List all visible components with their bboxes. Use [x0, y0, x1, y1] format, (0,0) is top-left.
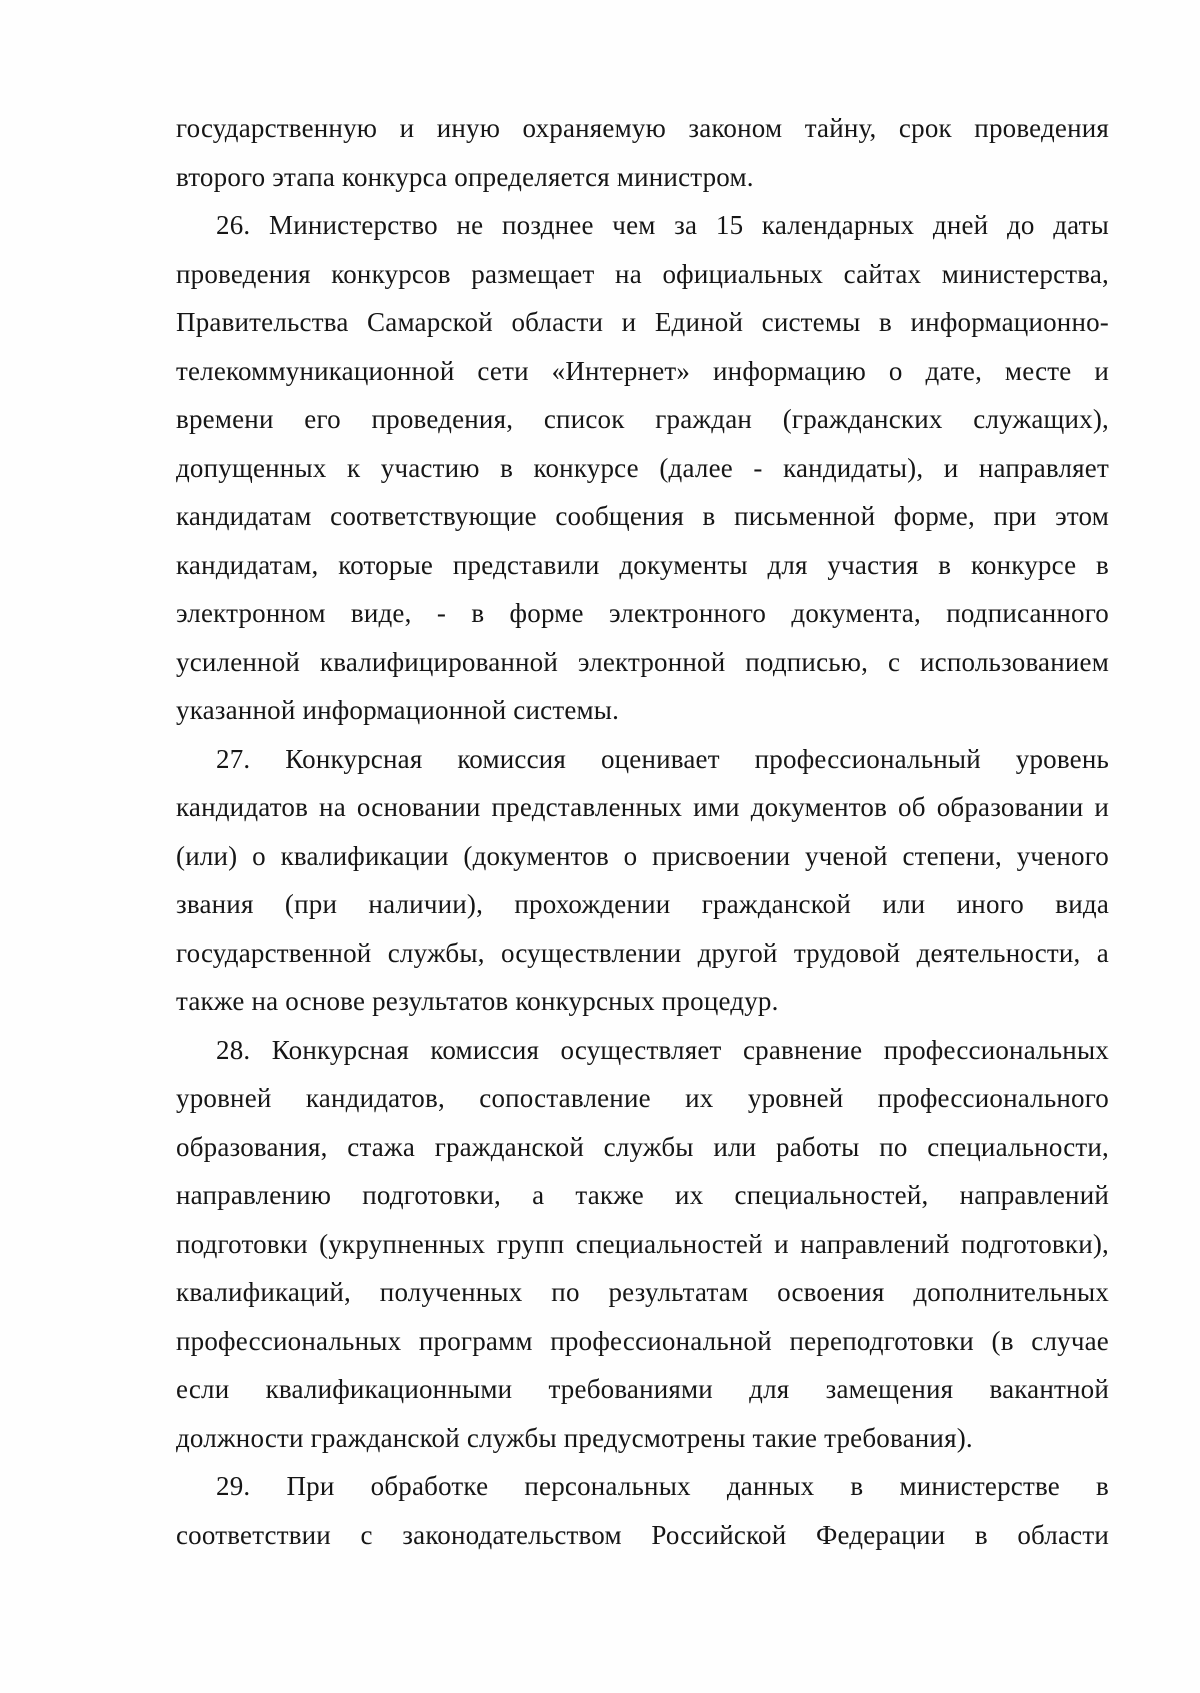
- text-line: также на основе результатов конкурсных п…: [176, 977, 1109, 1026]
- paragraph: 26. Министерство не позднее чем за 15 ка…: [176, 201, 1109, 735]
- text-line: Правительства Самарской области и Единой…: [176, 298, 1109, 347]
- text-line: кандидатов на основании представленных и…: [176, 783, 1109, 832]
- text-line: указанной информационной системы.: [176, 686, 1109, 735]
- document-text: государственную и иную охраняемую законо…: [176, 104, 1109, 1559]
- text-line: 29. При обработке персональных данных в …: [176, 1462, 1109, 1511]
- text-line: подготовки (укрупненных групп специально…: [176, 1220, 1109, 1269]
- text-line: должности гражданской службы предусмотре…: [176, 1414, 1109, 1463]
- text-line: допущенных к участию в конкурсе (далее -…: [176, 444, 1109, 493]
- text-line: проведения конкурсов размещает на официа…: [176, 250, 1109, 299]
- text-line: второго этапа конкурса определяется мини…: [176, 153, 1109, 202]
- text-line: образования, стажа гражданской службы ил…: [176, 1123, 1109, 1172]
- text-line: кандидатам, которые представили документ…: [176, 541, 1109, 590]
- text-line: соответствии с законодательством Российс…: [176, 1511, 1109, 1560]
- text-line: если квалификационными требованиями для …: [176, 1365, 1109, 1414]
- text-line: кандидатам соответствующие сообщения в п…: [176, 492, 1109, 541]
- text-line: 26. Министерство не позднее чем за 15 ка…: [176, 201, 1109, 250]
- text-line: направлению подготовки, а также их специ…: [176, 1171, 1109, 1220]
- paragraph: государственную и иную охраняемую законо…: [176, 104, 1109, 201]
- text-line: усиленной квалифицированной электронной …: [176, 638, 1109, 687]
- text-line: 27. Конкурсная комиссия оценивает профес…: [176, 735, 1109, 784]
- text-line: телекоммуникационной сети «Интернет» инф…: [176, 347, 1109, 396]
- document-page: государственную и иную охраняемую законо…: [0, 0, 1200, 1693]
- text-line: квалификаций, полученных по результатам …: [176, 1268, 1109, 1317]
- text-line: уровней кандидатов, сопоставление их уро…: [176, 1074, 1109, 1123]
- text-line: электронном виде, - в форме электронного…: [176, 589, 1109, 638]
- paragraph: 28. Конкурсная комиссия осуществляет сра…: [176, 1026, 1109, 1463]
- paragraph: 29. При обработке персональных данных в …: [176, 1462, 1109, 1559]
- text-line: 28. Конкурсная комиссия осуществляет сра…: [176, 1026, 1109, 1075]
- paragraph: 27. Конкурсная комиссия оценивает профес…: [176, 735, 1109, 1026]
- text-line: времени его проведения, список граждан (…: [176, 395, 1109, 444]
- text-line: государственную и иную охраняемую законо…: [176, 104, 1109, 153]
- text-line: государственной службы, осуществлении др…: [176, 929, 1109, 978]
- text-line: профессиональных программ профессиональн…: [176, 1317, 1109, 1366]
- text-line: звания (при наличии), прохождении гражда…: [176, 880, 1109, 929]
- text-line: (или) о квалификации (документов о присв…: [176, 832, 1109, 881]
